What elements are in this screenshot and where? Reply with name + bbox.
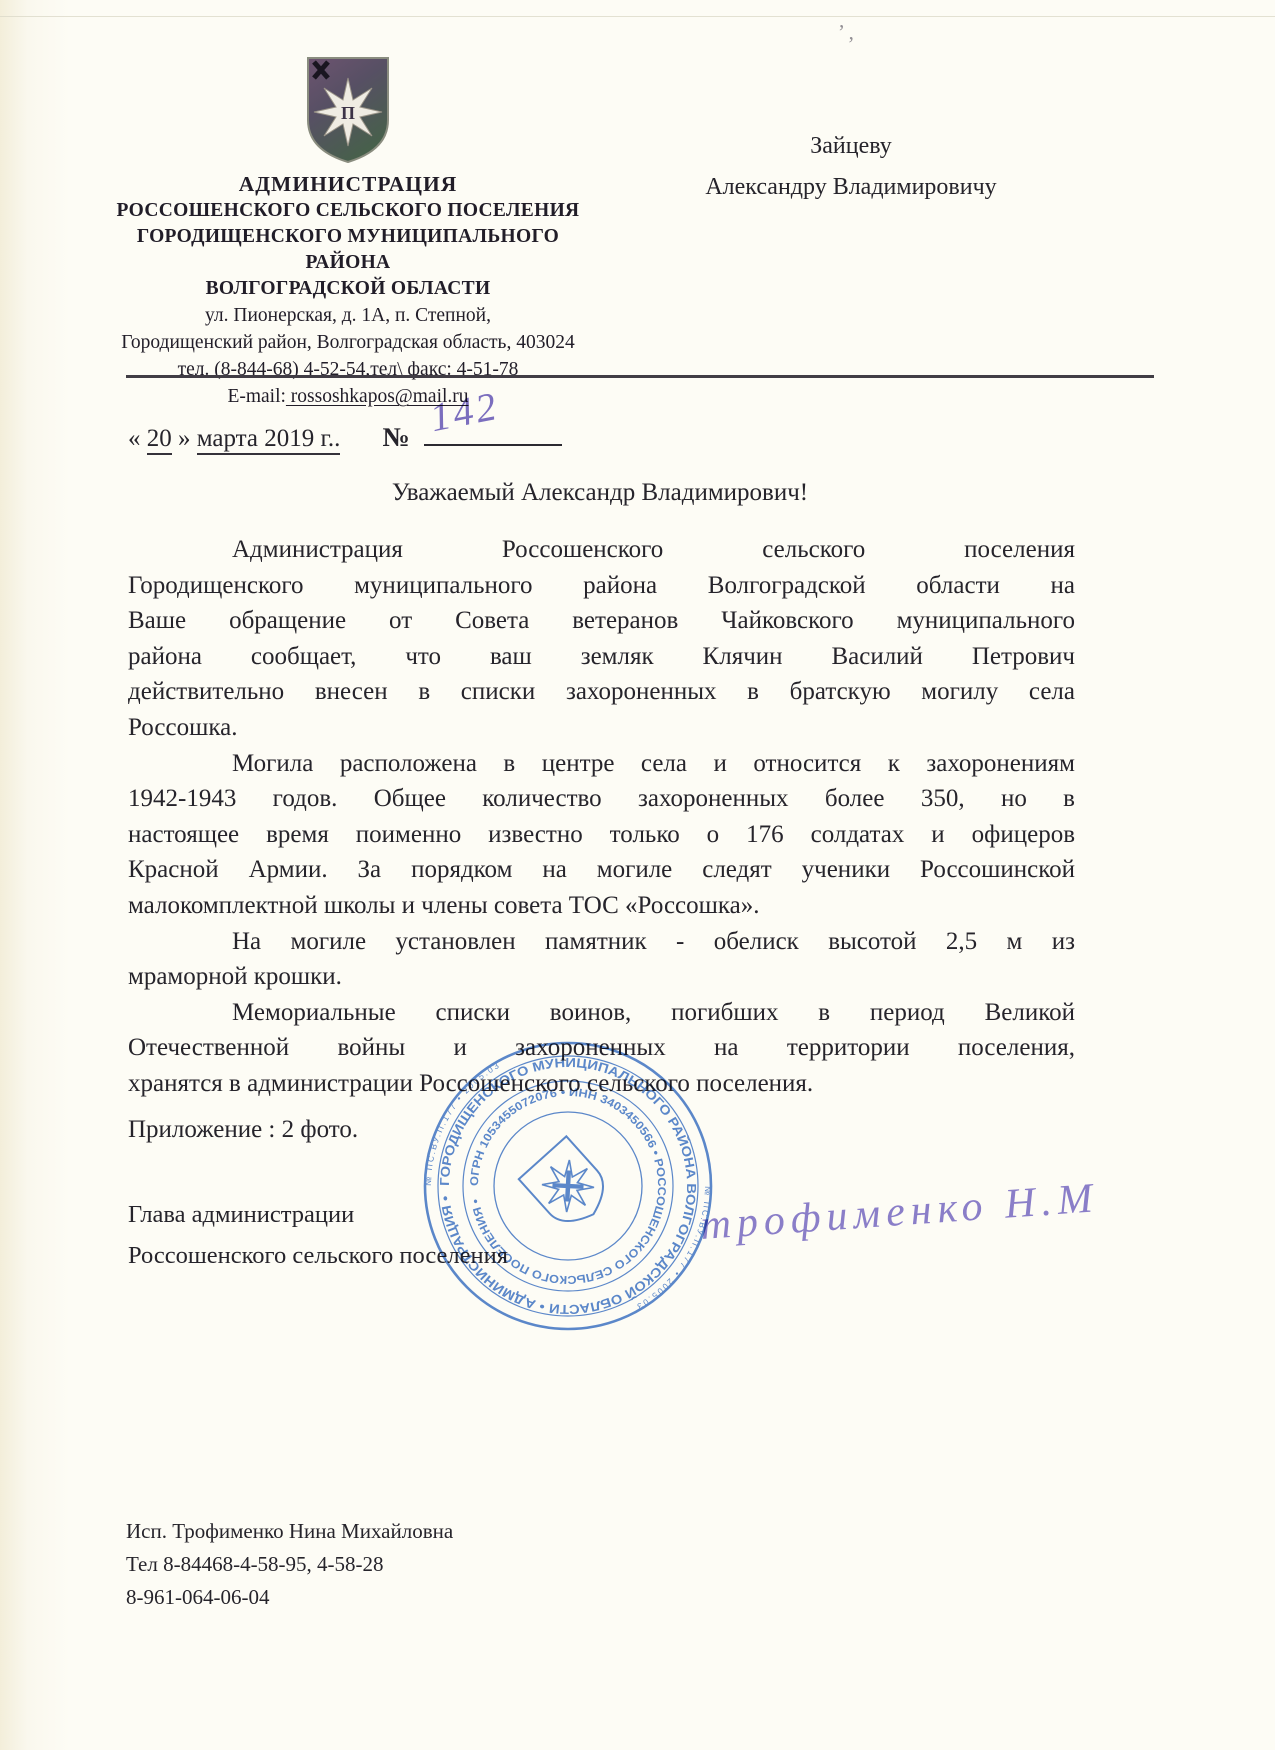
letter-body: Администрация Россошенского сельского по… <box>128 532 1075 1102</box>
handwritten-signature: трофименко Н.М <box>699 1170 1161 1250</box>
letterhead: П АДМИНИСТРАЦИЯ РОССОШЕНСКОГО СЕЛЬСКОГО … <box>108 54 588 410</box>
org-name-line: ГОРОДИЩЕНСКОГО МУНИЦИПАЛЬНОГО РАЙОНА <box>108 224 588 276</box>
executor-block: Исп. Трофименко Нина Михайловна Тел 8-84… <box>126 1515 453 1614</box>
org-address-line: ул. Пионерская, д. 1А, п. Степной, <box>108 302 588 329</box>
quote-close: » <box>172 425 197 452</box>
scan-speck: ’ , <box>838 20 854 45</box>
org-phone-line: тел. (8-844-68) 4-52-54,тел\ факс: 4-51-… <box>108 356 588 383</box>
executor-mobile: 8-961-064-06-04 <box>126 1581 453 1614</box>
letter-day: 20 <box>147 425 172 455</box>
body-line: Мемориальные списки воинов, погибших в п… <box>128 995 1075 1031</box>
scanned-letter-page: ’ , П АДМИНИСТРАЦИЯ РОССОШЕНСКОГО СЕЛЬСК… <box>0 0 1275 1750</box>
attachment-line: Приложение : 2 фото. <box>128 1116 358 1144</box>
letterhead-divider <box>126 375 1154 378</box>
body-line: малокомплектной школы и члены совета ТОС… <box>128 888 1075 924</box>
body-paragraph: Администрация Россошенского сельского по… <box>128 532 1075 746</box>
recipient-block: Зайцеву Александру Владимировичу <box>636 126 1066 208</box>
body-line: 1942-1943 годов. Общее количество захоро… <box>128 781 1075 817</box>
body-line: Могила расположена в центре села и относ… <box>128 746 1075 782</box>
letter-number-line: 142 <box>424 414 562 446</box>
number-sign: № <box>382 422 409 452</box>
official-round-stamp: № ПС.ВУ.П.177 • 2005.03 № ПС.ВУ.П.177 • … <box>418 1036 718 1336</box>
body-line: Администрация Россошенского сельского по… <box>128 532 1075 568</box>
org-email-row: E-mail: rossoshkapos@mail.ru <box>108 383 588 410</box>
quote-open: « <box>128 425 147 452</box>
reference-line: « 20 » марта 2019 г..№142 <box>128 414 562 453</box>
letter-month-year: марта 2019 г.. <box>197 425 341 455</box>
executor-name: Исп. Трофименко Нина Михайловна <box>126 1515 453 1548</box>
email-label: E-mail: <box>227 386 285 407</box>
executor-phone: Тел 8-84468-4-58-95, 4-58-28 <box>126 1548 453 1581</box>
org-name-line: РОССОШЕНСКОГО СЕЛЬСКОГО ПОСЕЛЕНИЯ <box>108 198 588 224</box>
recipient-name-patronymic: Александру Владимировичу <box>636 167 1066 208</box>
org-name-line: ВОЛГОГРАДСКОЙ ОБЛАСТИ <box>108 276 588 302</box>
stamp-center-emblem <box>519 1136 617 1235</box>
body-line: На могиле установлен памятник - обелиск … <box>128 924 1075 960</box>
body-line: мраморной крошки. <box>128 959 1075 995</box>
body-line: Ваше обращение от Совета ветеранов Чайко… <box>128 603 1075 639</box>
body-paragraph: На могиле установлен памятник - обелиск … <box>128 924 1075 995</box>
body-line: настоящее время поименно известно только… <box>128 817 1075 853</box>
body-paragraph: Могила расположена в центре села и относ… <box>128 746 1075 924</box>
coat-of-arms-icon: П <box>302 54 394 166</box>
salutation: Уважаемый Александр Владимирович! <box>150 479 1050 507</box>
svg-text:П: П <box>341 103 355 123</box>
body-line: Городищенского муниципального района Вол… <box>128 568 1075 604</box>
scan-edge-line <box>0 16 1275 17</box>
body-line: действительно внесен в списки захороненн… <box>128 674 1075 710</box>
body-line: Красной Армии. За порядком на могиле сле… <box>128 852 1075 888</box>
org-name-line: АДМИНИСТРАЦИЯ <box>108 170 588 198</box>
body-line: района сообщает, что ваш земляк Клячин В… <box>128 639 1075 675</box>
org-address-line: Городищенский район, Волгоградская облас… <box>108 329 588 356</box>
recipient-surname: Зайцеву <box>636 126 1066 167</box>
body-line: Россошка. <box>128 710 1075 746</box>
